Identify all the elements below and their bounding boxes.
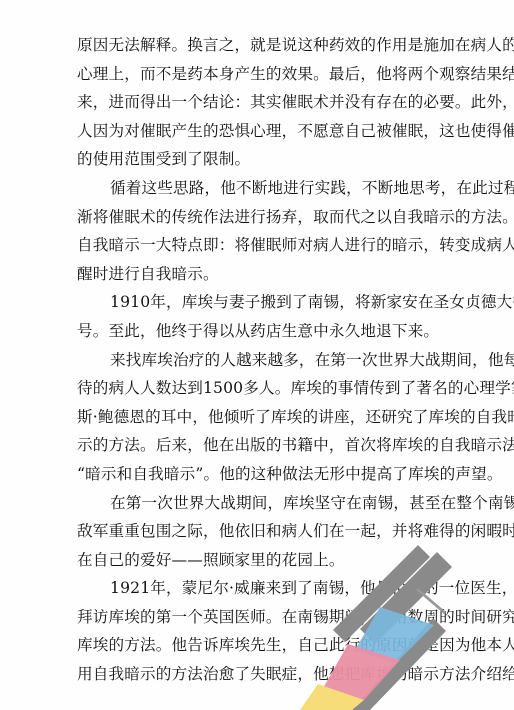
text-line: 的使用范围受到了限制。 [77,145,479,174]
text-line: 渐将催眠术的传统作法进行扬弃，取而代之以自我暗示的方法。他的 [77,203,479,232]
text-line: 拜访库埃的第一个英国医师。在南锡期间，他用数周的时间研究了 [77,603,479,632]
text-line: 来，进而得出一个结论：其实催眠术并没有存在的必要。此外，一些 [77,88,479,117]
text-line: 待的病人人数达到1500多人。库埃的事情传到了著名的心理学家查尔 [77,374,479,403]
text-line: 库埃的方法。他告诉库埃先生，自己此行的原因就是因为他本人就 [77,631,479,660]
text-line: 在第一次世界大战期间，库埃坚守在南锡，甚至在整个南锡城被 [77,489,479,518]
text-line: 循着这些思路，他不断地进行实践，不断地思考，在此过程中逐 [77,174,479,203]
text-line: 心理上，而不是药本身产生的效果。最后，他将两个观察结果结合起 [77,60,479,89]
text-line: “暗示和自我暗示”。他的这种做法无形中提高了库埃的声望。 [77,460,479,489]
text-line: 1921年，蒙尼尔·威廉来到了南锡，他是伦敦的一位医生，更是 [77,574,479,603]
text-line: 号。至此，他终于得以从药店生意中永久地退下来。 [77,317,479,346]
text-line: 人因为对催眠产生的恐惧心理，不愿意自己被催眠，这也使得催眠术 [77,117,479,146]
document-page: 原因无法解释。换言之，就是说这种药效的作用是施加在病人的某种心理上，而不是药本身… [0,0,514,710]
text-line: 来找库埃治疗的人越来越多，在第一次世界大战期间，他每天接 [77,346,479,375]
text-line: 敌军重重包围之际，他依旧和病人们在一起，并将难得的闲暇时间花 [77,517,479,546]
text-line: 自我暗示一大特点即：将催眠师对病人进行的暗示，转变成病人在清 [77,231,479,260]
body-text: 原因无法解释。换言之，就是说这种药效的作用是施加在病人的某种心理上，而不是药本身… [77,31,479,689]
text-line: 斯·鲍德恩的耳中，他倾听了库埃的讲座，还研究了库埃的自我暗 [77,403,479,432]
text-line: 用自我暗示的方法治愈了失眠症，他想把库埃的暗示方法介绍给自 [77,660,479,689]
text-line: 1910年，库埃与妻子搬到了南锡，将新家安在圣女贞德大街186 [77,288,479,317]
text-line: 原因无法解释。换言之，就是说这种药效的作用是施加在病人的某种 [77,31,479,60]
text-line: 醒时进行自我暗示。 [77,260,479,289]
text-line: 在自己的爱好——照顾家里的花园上。 [77,546,479,575]
text-line: 示的方法。后来，他在出版的书籍中，首次将库埃的自我暗示法称为 [77,431,479,460]
